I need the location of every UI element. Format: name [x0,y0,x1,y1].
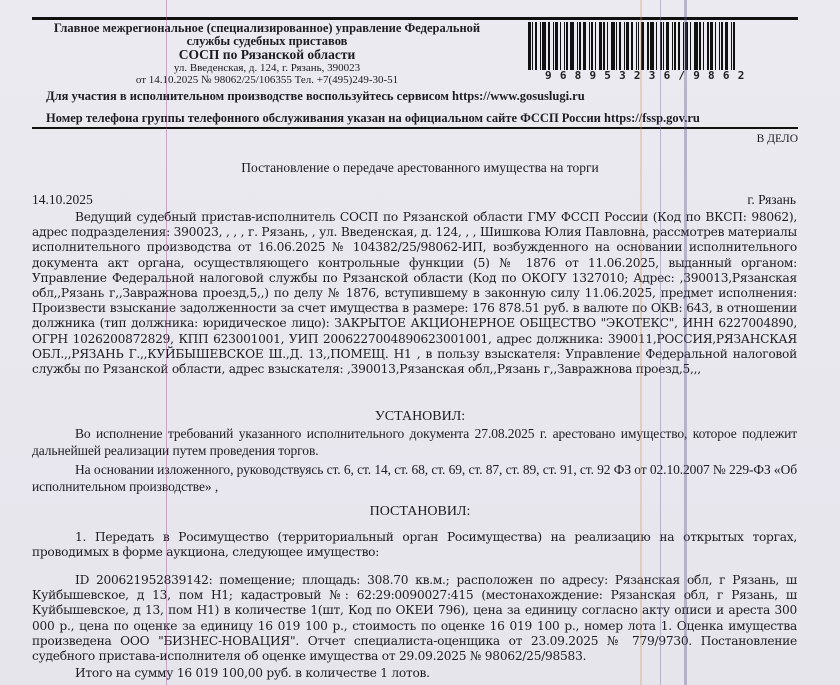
barcode-bar [707,22,709,70]
barcode-bar [532,22,533,70]
barcode-bar [631,22,633,70]
barcode-bar [721,22,723,70]
header-bottom-rule [32,127,798,129]
barcode-bar [685,22,688,70]
barcode-bar [674,22,676,70]
barcode-bar [542,22,546,70]
barcode [528,22,796,70]
barcode-bar [599,22,602,70]
barcode-bar [603,22,605,70]
legal-basis-paragraph: На основании изложенного, руководствуясь… [32,462,797,495]
property-description: ID 200621952839142: помещение; площадь: … [32,573,797,664]
barcode-bar [672,22,673,70]
filing-stamp: В ДЕЛО [757,133,798,145]
document-reference: от 14.10.2025 № 98062/25/106355 Тел. +7(… [34,74,500,86]
barcode-bar [548,22,550,70]
barcode-bar [636,22,637,70]
barcode-bar [528,22,531,70]
barcode-bar [638,22,639,70]
barcode-bar [660,22,662,70]
barcode-bar [589,22,590,70]
document-page: Главное межрегиональное (специализирован… [0,0,840,685]
barcode-bar [733,22,735,70]
barcode-bar [616,22,617,70]
barcode-bar [607,22,608,70]
barcode-bar [595,22,596,70]
barcode-bar [553,22,554,70]
gosuslugi-notice: Для участия в исполнительном производств… [46,89,585,104]
barcode-bar [577,22,578,70]
barcode-bar [650,22,654,70]
barcode-bar [694,22,698,70]
total-line: Итого на сумму 16 019 100,00 руб. в коли… [32,666,797,681]
intro-paragraph: Ведущий судебный пристав-исполнитель СОС… [32,210,797,377]
barcode-bar [619,22,621,70]
barcode-bar [579,22,581,70]
barcode-bar [591,22,593,70]
decision-item-1: 1. Передать в Росимущество (территориаль… [32,530,797,560]
barcode-bar [678,22,680,70]
established-paragraph: Во исполнение требований указанного испо… [32,426,797,459]
barcode-bar [699,22,701,70]
barcode-bar [690,22,691,70]
barcode-bar [666,22,669,70]
barcode-bar [535,22,537,70]
barcode-bar [663,22,664,70]
barcode-bar [583,22,586,70]
barcode-bar [566,22,568,70]
barcode-bar [555,22,558,70]
issuer-header: Главное межрегиональное (специализирован… [34,22,500,86]
barcode-bar [731,22,732,70]
barcode-bar [570,22,574,70]
org-address: ул. Введенская, д. 124, г. Рязань, 39002… [34,62,500,74]
document-date: 14.10.2025 [32,192,93,208]
header-top-rule [32,17,798,20]
barcode-bar [703,22,704,70]
barcode-bar [647,22,649,70]
org-name-line3: СОСП по Рязанской области [34,48,500,62]
barcode-bar [540,22,541,70]
barcode-bar [626,22,629,70]
barcode-bar [564,22,565,70]
barcode-bar [641,22,644,70]
barcode-bar [725,22,728,70]
barcode-bar [560,22,561,70]
barcode-bar [656,22,657,70]
barcode-bar [710,22,713,70]
barcode-bar [715,22,716,70]
barcode-bar [611,22,615,70]
section-decided-heading: ПОСТАНОВИЛ: [0,504,840,520]
barcode-digits: 968953236/9862 [545,69,795,82]
phone-notice: Номер телефона группы телефонного обслуж… [46,111,700,126]
barcode-bar [624,22,625,70]
document-city: г. Рязань [747,192,796,208]
barcode-bar [719,22,720,70]
document-title: Постановление о передаче арестованного и… [0,160,840,176]
barcode-bar [683,22,684,70]
section-established-heading: УСТАНОВИЛ: [0,409,840,425]
